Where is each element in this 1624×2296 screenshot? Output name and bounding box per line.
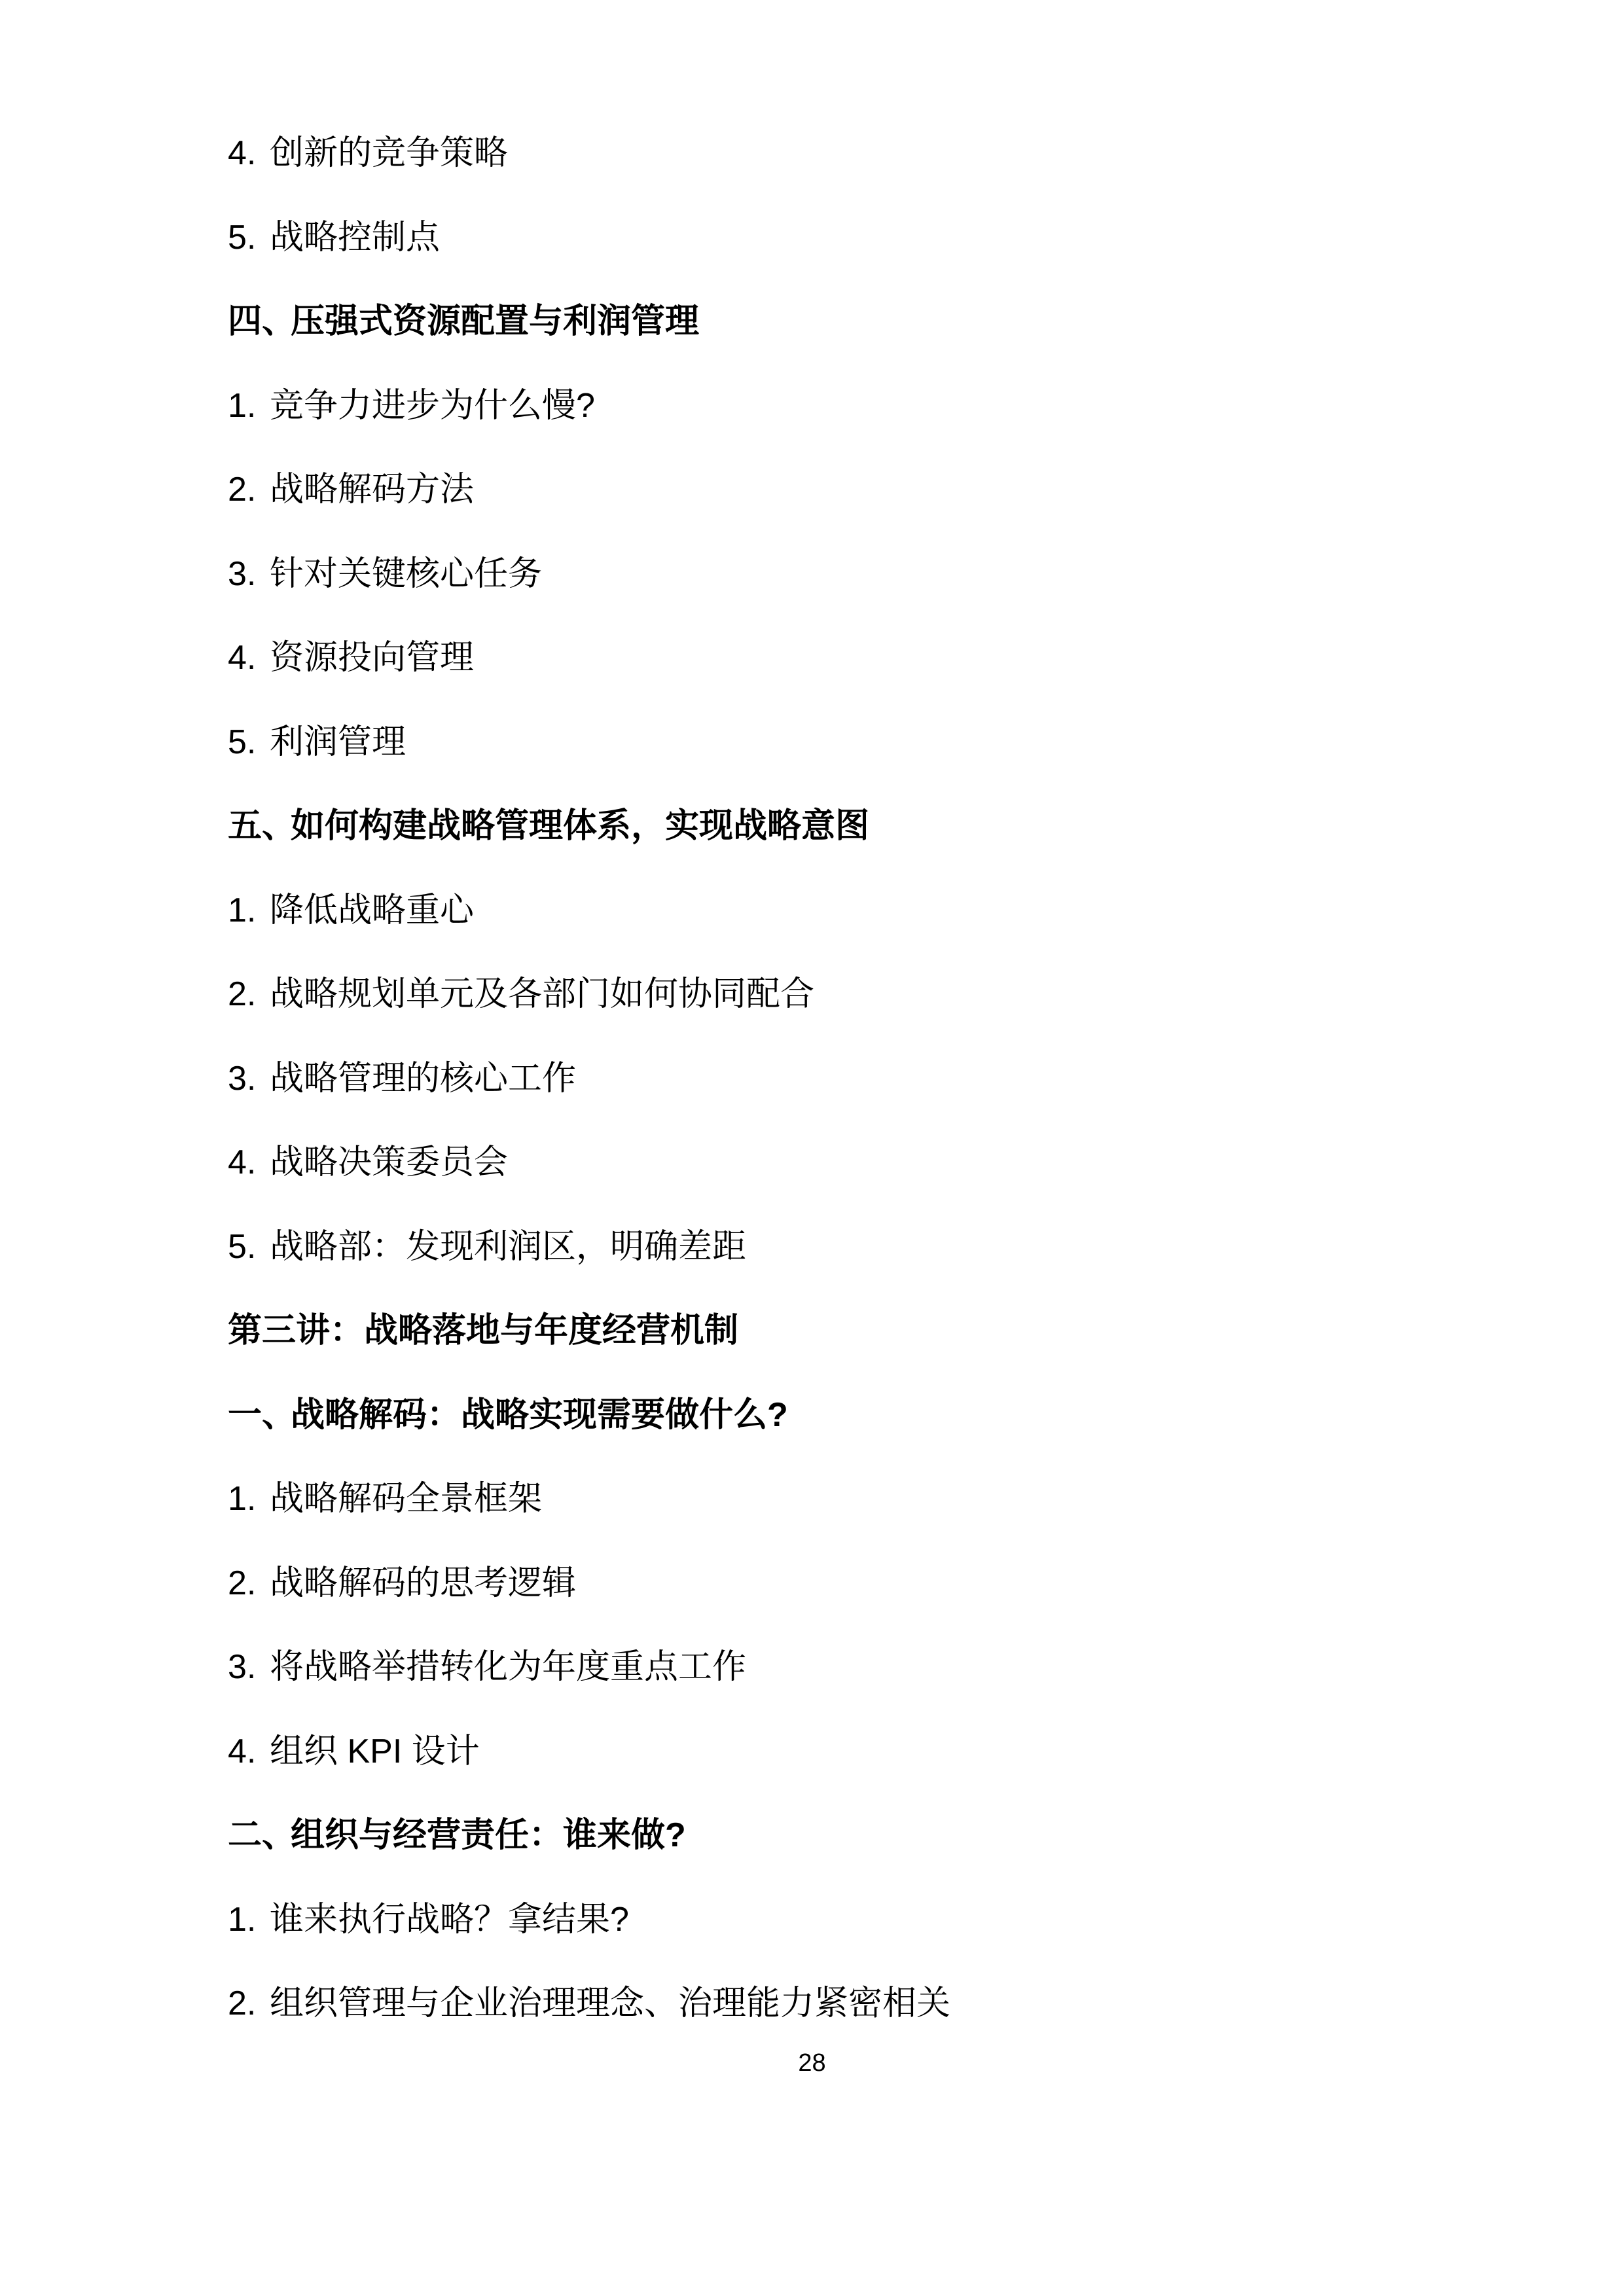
page-number: 28: [0, 2047, 1624, 2079]
item-marker: 2.: [228, 1962, 270, 2046]
outline-heading: 二、组织与经营责任：谁来做?: [228, 1793, 1598, 1878]
outline-item: 4.创新的竞争策略: [228, 111, 1598, 196]
item-text: 战略解码的思考逻辑: [270, 1564, 576, 1602]
item-marker: 3.: [228, 532, 270, 617]
document-page: 4.创新的竞争策略5.战略控制点四、压强式资源配置与利润管理1.竞争力进步为什么…: [0, 0, 1624, 2296]
item-marker: 3.: [228, 1037, 270, 1121]
item-text: 组织与经营责任：谁来做?: [291, 1816, 686, 1854]
item-marker: 四、: [228, 279, 291, 364]
item-text: 创新的竞争策略: [270, 134, 508, 172]
item-marker: 五、: [228, 784, 291, 869]
outline-item: 1.战略解码全景框架: [228, 1457, 1598, 1541]
item-marker: 1.: [228, 1457, 270, 1541]
item-text: 降低战略重心: [270, 891, 474, 929]
outline-item: 5.战略部：发现利润区，明确差距: [228, 1205, 1598, 1289]
item-text: 压强式资源配置与利润管理: [291, 302, 699, 340]
item-text: 战略解码全景框架: [270, 1480, 542, 1518]
item-text: 组织管理与企业治理理念、治理能力紧密相关: [270, 1984, 950, 2022]
item-text: 战略解码方法: [270, 471, 474, 509]
item-text: 将战略举措转化为年度重点工作: [270, 1648, 746, 1686]
item-text: 组织 KPI 设计: [270, 1732, 480, 1770]
item-text: 针对关键核心任务: [270, 555, 542, 593]
item-marker: 4.: [228, 1121, 270, 1205]
item-marker: 二、: [228, 1793, 291, 1878]
item-text: 利润管理: [270, 723, 406, 761]
item-marker: 1.: [228, 1878, 270, 1962]
item-marker: 一、: [228, 1373, 291, 1458]
item-marker: 4.: [228, 1710, 270, 1794]
item-text: 战略部：发现利润区，明确差距: [270, 1228, 746, 1266]
outline-item: 2.战略规划单元及各部门如何协同配合: [228, 952, 1598, 1037]
outline-item: 3.战略管理的核心工作: [228, 1037, 1598, 1121]
outline-item: 2.战略解码方法: [228, 448, 1598, 532]
outline-heading: 四、压强式资源配置与利润管理: [228, 279, 1598, 364]
item-marker: 1.: [228, 364, 270, 448]
outline-heading: 一、战略解码：战略实现需要做什么?: [228, 1373, 1598, 1458]
item-marker: 2.: [228, 1541, 270, 1626]
item-text: 谁来执行战略？拿结果?: [270, 1901, 629, 1939]
outline-item: 3.将战略举措转化为年度重点工作: [228, 1625, 1598, 1710]
outline: 4.创新的竞争策略5.战略控制点四、压强式资源配置与利润管理1.竞争力进步为什么…: [228, 111, 1598, 2046]
outline-item: 5.利润管理: [228, 700, 1598, 785]
item-marker: 4.: [228, 111, 270, 196]
item-marker: 1.: [228, 869, 270, 953]
outline-item: 1.谁来执行战略？拿结果?: [228, 1878, 1598, 1962]
item-text: 竞争力进步为什么慢?: [270, 387, 595, 425]
item-marker: 5.: [228, 1205, 270, 1289]
outline-item: 2.组织管理与企业治理理念、治理能力紧密相关: [228, 1962, 1598, 2046]
outline-item: 4.组织 KPI 设计: [228, 1710, 1598, 1794]
outline-heading: 第三讲：战略落地与年度经营机制: [228, 1289, 1598, 1373]
item-text: 战略控制点: [270, 219, 440, 257]
item-marker: 3.: [228, 1625, 270, 1710]
outline-item: 5.战略控制点: [228, 196, 1598, 280]
item-text: 战略决策委员会: [270, 1143, 508, 1181]
item-text: 战略规划单元及各部门如何协同配合: [270, 975, 814, 1013]
outline-item: 4.战略决策委员会: [228, 1121, 1598, 1205]
outline-item: 2.战略解码的思考逻辑: [228, 1541, 1598, 1626]
item-marker: 5.: [228, 196, 270, 280]
item-text: 战略管理的核心工作: [270, 1060, 576, 1098]
item-marker: 5.: [228, 700, 270, 785]
item-marker: 2.: [228, 952, 270, 1037]
outline-item: 4.资源投向管理: [228, 616, 1598, 700]
item-text: 第三讲：战略落地与年度经营机制: [228, 1312, 738, 1350]
item-text: 资源投向管理: [270, 639, 474, 677]
outline-item: 1.降低战略重心: [228, 869, 1598, 953]
outline-heading: 五、如何构建战略管理体系，实现战略意图: [228, 784, 1598, 869]
item-marker: 4.: [228, 616, 270, 700]
item-text: 战略解码：战略实现需要做什么?: [291, 1396, 788, 1434]
outline-item: 3.针对关键核心任务: [228, 532, 1598, 617]
outline-item: 1.竞争力进步为什么慢?: [228, 364, 1598, 448]
item-marker: 2.: [228, 448, 270, 532]
item-text: 如何构建战略管理体系，实现战略意图: [291, 807, 869, 845]
